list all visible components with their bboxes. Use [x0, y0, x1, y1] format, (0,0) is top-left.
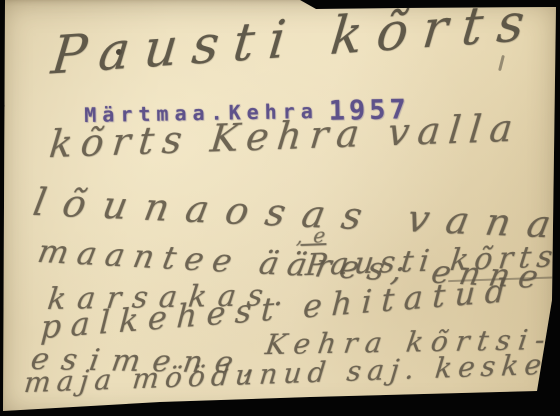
date-stamp: Märtmaa.Kehra1957: [84, 94, 410, 131]
note-line-6-right: Kehra kõrtsi-: [263, 323, 555, 361]
index-card-paper: Pausti kõrts Märtmaa.Kehra1957 kõrts Keh…: [0, 0, 560, 416]
note-line-7: maja möödunud saj. keskel: [23, 347, 560, 399]
stamp-place-text: Märtmaa.Kehra: [84, 99, 319, 127]
pencil-tick-mark: [498, 55, 505, 71]
note-line-6-left: esimene,: [28, 342, 270, 381]
pencil-scratch-mark: [0, 71, 5, 107]
note-line-1: kõrts Kehra valla: [47, 106, 523, 167]
note-line-4-word-korts-underlined: kõrts: [448, 239, 560, 282]
note-insertion-mark: , e: [295, 223, 328, 248]
scanned-card-photo: Pausti kõrts Märtmaa.Kehra1957 kõrts Keh…: [0, 0, 560, 416]
stamp-year-text: 1957: [329, 94, 411, 126]
ink-dot: [116, 49, 122, 55]
note-line-5: palkehest ehitatud: [40, 271, 516, 347]
note-line-4-left: karsakas.: [46, 278, 298, 317]
note-line-3: maantee ääres; enne: [35, 232, 551, 296]
handwritten-title: Pausti kõrts: [49, 0, 542, 87]
note-line-4-right: Pausti kõrts: [304, 239, 560, 283]
note-line-4-word-pausti: Pausti: [304, 243, 437, 283]
note-line-2: lõunaosas vana: [30, 180, 560, 247]
